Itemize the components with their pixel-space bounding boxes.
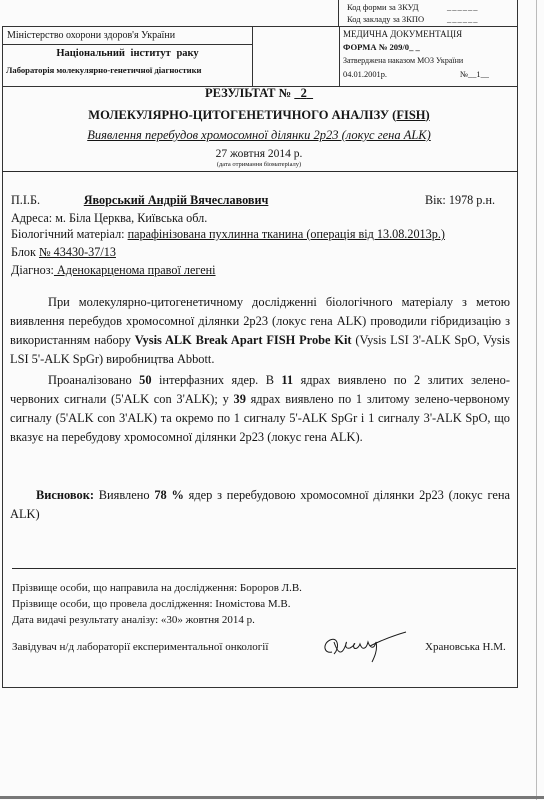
received-date-caption: (дата отримання біоматеріалу) xyxy=(2,161,516,168)
approved-date: 04.01.2001р. xyxy=(343,70,387,79)
received-date: 27 жовтня 2014 р. xyxy=(2,148,516,160)
analysis-method: FISH xyxy=(396,108,425,122)
probe-kit: Vysis ALK Break Apart FISH Probe Kit xyxy=(135,333,352,347)
performer: Прізвище особи, що провела дослідження: … xyxy=(12,598,290,610)
laboratory-name: Лабораторія молекулярно-генетичної діагн… xyxy=(6,65,201,75)
title-divider xyxy=(2,171,518,172)
zkud-label: Код форми за ЗКУД xyxy=(347,2,419,12)
med-doc-cell: МЕДИЧНА ДОКУМЕНТАЦІЯ ФОРМА № 209/0_ _ За… xyxy=(340,27,517,86)
signature-icon xyxy=(320,630,410,665)
analysis-title: МОЛЕКУЛЯРНО-ЦИТОГЕНЕТИЧНОГО АНАЛІЗУ (FIS… xyxy=(2,108,516,123)
footer-divider xyxy=(12,568,516,569)
biomaterial: парафінізована пухлинна тканина (операці… xyxy=(128,227,445,241)
diagnosis-row: Діагноз: Аденокарценома правої легені xyxy=(11,263,216,278)
rearranged-nuclei: 39 xyxy=(234,392,246,406)
issue-date: Дата видачі результату аналізу: «30» жов… xyxy=(12,614,255,626)
zkpo-value: ______ xyxy=(447,14,479,24)
med-doc-label: МЕДИЧНА ДОКУМЕНТАЦІЯ xyxy=(343,29,462,39)
analysis-subtitle: Виявлення перебудов хромосомної ділянки … xyxy=(2,128,516,143)
findings-paragraph: Проаналізовано 50 інтерфазних ядер. В 11… xyxy=(10,371,510,447)
head-title: Завідувач н/д лабораторії експерименталь… xyxy=(12,641,268,653)
normal-nuclei: 11 xyxy=(281,373,293,387)
patient-address: Адреса: м. Біла Церква, Київська обл. xyxy=(11,211,207,226)
result-number: 2 xyxy=(301,86,307,100)
zkpo-label: Код закладу за ЗКПО xyxy=(347,14,424,24)
conclusion-percent: 78 % xyxy=(154,488,184,502)
zkud-value: ______ xyxy=(447,2,479,12)
page-edge xyxy=(536,0,537,800)
institution-cell: Міністерство охорони здоров'я України На… xyxy=(3,27,253,86)
conclusion-label: Висновок: xyxy=(36,488,94,502)
diagnosis: Аденокарценома правої легені xyxy=(57,263,216,277)
result-title: РЕЗУЛЬТАТ № 2 xyxy=(2,86,516,101)
ministry-name: Міністерство охорони здоров'я України xyxy=(7,30,175,41)
patient-age: Вік: 1978 р.н. xyxy=(425,193,495,208)
approved-by: Затверджена наказом МОЗ України xyxy=(343,56,463,65)
form-number: ФОРМА № 209/0_ _ xyxy=(343,42,420,52)
biomaterial-row: Біологічний матеріал: парафінізована пух… xyxy=(11,227,445,242)
institute-name: Національний інститут раку xyxy=(3,48,252,59)
block-number: № 43430-37/13 xyxy=(39,245,116,259)
patient-name: Яворський Андрій Вячеславович xyxy=(47,193,305,208)
patient-name-row: П.І.Б. Яворський Андрій Вячеславович xyxy=(11,193,305,208)
blank-cell xyxy=(253,27,340,86)
total-nuclei: 50 xyxy=(139,373,151,387)
header-table: Міністерство охорони здоров'я України На… xyxy=(2,26,518,87)
doc-number: №__1__ xyxy=(460,70,489,79)
conclusion-paragraph: Висновок: Виявлено 78 % ядер з перебудов… xyxy=(10,486,510,524)
head-name: Храновська Н.М. xyxy=(425,641,506,653)
block-row: Блок № 43430-37/13 xyxy=(11,245,116,260)
method-paragraph: При молекулярно-цитогенетичному дослідже… xyxy=(10,293,510,369)
referrer: Прізвище особи, що направила на дослідже… xyxy=(12,582,302,594)
page-edge-bottom xyxy=(0,796,544,799)
form-code-box: Код форми за ЗКУД ______ Код закладу за … xyxy=(338,0,518,26)
